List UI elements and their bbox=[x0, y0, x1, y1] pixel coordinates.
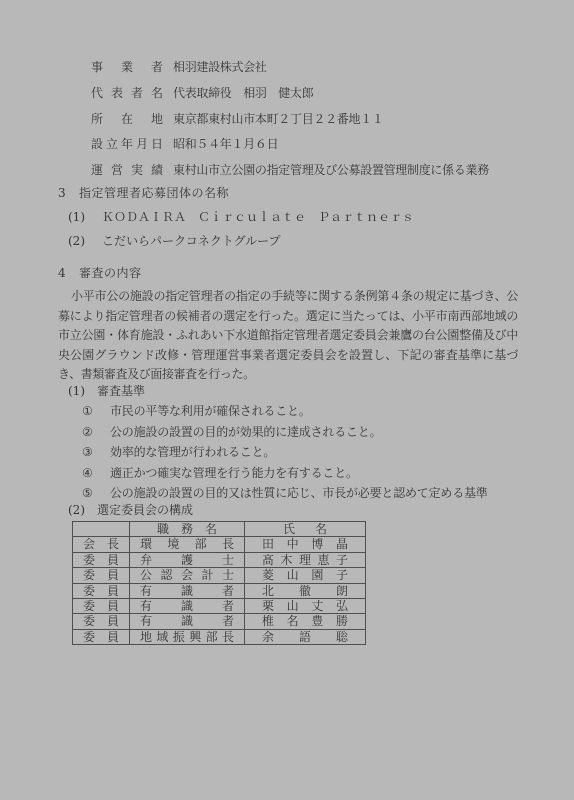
criterion-item: ③効率的な管理が行われること。 bbox=[82, 445, 488, 466]
cell-role: 委員 bbox=[73, 599, 130, 614]
cell-name: 北徹朗 bbox=[245, 583, 366, 598]
table-row: 会長 環境部長 田中博晶 bbox=[73, 537, 366, 552]
criterion-marker: ④ bbox=[82, 466, 110, 480]
section-3-heading: 3指定管理者応募団体の名称 bbox=[58, 186, 229, 200]
detail-label: 設立年月日 bbox=[91, 137, 163, 151]
job-text: 有識者 bbox=[140, 599, 234, 613]
name-text: 余語聡 bbox=[262, 630, 348, 644]
criterion-text: 公の施設の設置の目的又は性質に応じ、市長が必要と認めて定める基準 bbox=[110, 486, 488, 500]
criterion-marker: ① bbox=[82, 404, 110, 418]
cell-name: 田中博晶 bbox=[245, 537, 366, 552]
job-text: 公認会計士 bbox=[140, 568, 234, 582]
role-text: 委員 bbox=[83, 568, 119, 582]
name-text: 北徹朗 bbox=[262, 584, 348, 598]
detail-value: 東村山市立公園の指定管理及び公募設置管理制度に係る業務 bbox=[173, 163, 489, 177]
cell-name: 栗山丈弘 bbox=[245, 599, 366, 614]
detail-row: 代表者名代表取締役 相羽 健太郎 bbox=[91, 86, 489, 112]
committee-heading: (2)選定委員会の構成 bbox=[68, 503, 193, 517]
table-header-row: 職務名 氏名 bbox=[73, 522, 366, 537]
criterion-marker: ⑤ bbox=[82, 486, 110, 500]
item-marker: (2) bbox=[68, 503, 97, 517]
detail-row: 設立年月日昭和５４年１月６日 bbox=[91, 137, 489, 163]
criterion-item: ②公の施設の設置の目的が効果的に達成されること。 bbox=[82, 425, 488, 446]
cell-role: 委員 bbox=[73, 568, 130, 583]
role-text: 会長 bbox=[83, 537, 119, 551]
name-text: 椎名豊勝 bbox=[262, 614, 348, 628]
cell-name: 菱山園子 bbox=[245, 568, 366, 583]
role-text: 委員 bbox=[83, 584, 119, 598]
committee-table: 職務名 氏名 会長 環境部長 田中博晶 委員 弁護士 髙木理恵子 委員 公認会計… bbox=[72, 521, 366, 645]
role-text: 委員 bbox=[83, 599, 119, 613]
header-job-label: 職務名 bbox=[157, 522, 217, 536]
name-text: 栗山丈弘 bbox=[262, 599, 348, 613]
criterion-text: 効率的な管理が行われること。 bbox=[110, 445, 275, 459]
cell-job: 有識者 bbox=[130, 599, 245, 614]
cell-role: 委員 bbox=[73, 614, 130, 629]
business-details: 事業者相羽建設株式会社 代表者名代表取締役 相羽 健太郎 所在地東京都東村山市本… bbox=[91, 60, 489, 189]
role-text: 委員 bbox=[83, 614, 119, 628]
section-title: 指定管理者応募団体の名称 bbox=[79, 186, 229, 200]
role-text: 委員 bbox=[83, 553, 119, 567]
detail-row: 所在地東京都東村山市本町２丁目２２番地１１ bbox=[91, 112, 489, 138]
detail-label: 代表者名 bbox=[91, 86, 163, 100]
detail-label: 事業者 bbox=[91, 60, 163, 74]
item-marker: (1) bbox=[68, 210, 102, 224]
name-text: 菱山園子 bbox=[262, 568, 348, 582]
detail-label: 所在地 bbox=[91, 112, 163, 126]
table-row: 委員 弁護士 髙木理恵子 bbox=[73, 552, 366, 567]
item-text: ＫＯＤＡＩＲＡ Ｃｉｒｃｕｌａｔｅ Ｐａｒｔｎｅｒｓ bbox=[102, 210, 414, 224]
criterion-marker: ② bbox=[82, 425, 110, 439]
job-text: 有識者 bbox=[140, 584, 234, 598]
header-cell-role bbox=[73, 522, 130, 537]
detail-value: 代表取締役 相羽 健太郎 bbox=[173, 86, 313, 100]
name-text: 田中博晶 bbox=[262, 537, 348, 551]
detail-label: 運営実績 bbox=[91, 163, 163, 177]
item-text: 選定委員会の構成 bbox=[97, 503, 193, 517]
criterion-text: 公の施設の設置の目的が効果的に達成されること。 bbox=[110, 425, 381, 439]
criteria-heading: (1)審査基準 bbox=[68, 384, 145, 398]
header-cell-job: 職務名 bbox=[130, 522, 245, 537]
cell-name: 椎名豊勝 bbox=[245, 614, 366, 629]
table-row: 委員 地域振興部長 余語聡 bbox=[73, 629, 366, 644]
section-4-heading: 4審査の内容 bbox=[58, 266, 142, 280]
item-marker: (1) bbox=[68, 384, 97, 398]
table-row: 委員 有識者 北徹朗 bbox=[73, 583, 366, 598]
table-row: 委員 公認会計士 菱山園子 bbox=[73, 568, 366, 583]
criterion-text: 適正かつ確実な管理を行う能力を有すること。 bbox=[110, 466, 358, 480]
table-row: 委員 有識者 栗山丈弘 bbox=[73, 599, 366, 614]
detail-value: 相羽建設株式会社 bbox=[173, 60, 267, 74]
cell-job: 公認会計士 bbox=[130, 568, 245, 583]
criterion-item: ①市民の平等な利用が確保されること。 bbox=[82, 404, 488, 425]
header-name-label: 氏名 bbox=[283, 522, 327, 536]
table-row: 委員 有識者 椎名豊勝 bbox=[73, 614, 366, 629]
item-text: こだいらパークコネクトグループ bbox=[102, 234, 281, 248]
item-marker: (2) bbox=[68, 234, 102, 248]
header-cell-name: 氏名 bbox=[245, 522, 366, 537]
job-text: 有識者 bbox=[140, 614, 234, 628]
cell-role: 委員 bbox=[73, 583, 130, 598]
job-text: 地域振興部長 bbox=[140, 630, 234, 644]
document-page: 事業者相羽建設株式会社 代表者名代表取締役 相羽 健太郎 所在地東京都東村山市本… bbox=[0, 0, 574, 800]
cell-job: 環境部長 bbox=[130, 537, 245, 552]
screening-paragraph: 小平市公の施設の指定管理者の指定の手続等に関する条例第４条の規定に基づき、公募に… bbox=[58, 287, 518, 385]
detail-value: 東京都東村山市本町２丁目２２番地１１ bbox=[173, 112, 384, 126]
criteria-list: ①市民の平等な利用が確保されること。 ②公の施設の設置の目的が効果的に達成される… bbox=[82, 404, 488, 507]
item-text: 審査基準 bbox=[97, 384, 145, 398]
cell-job: 有識者 bbox=[130, 614, 245, 629]
section-title: 審査の内容 bbox=[79, 266, 142, 280]
criterion-text: 市民の平等な利用が確保されること。 bbox=[110, 404, 311, 418]
job-text: 弁護士 bbox=[140, 553, 234, 567]
detail-value: 昭和５４年１月６日 bbox=[173, 137, 278, 151]
applicant-item: (1)ＫＯＤＡＩＲＡ Ｃｉｒｃｕｌａｔｅ Ｐａｒｔｎｅｒｓ bbox=[68, 210, 414, 224]
cell-job: 弁護士 bbox=[130, 552, 245, 567]
cell-role: 委員 bbox=[73, 552, 130, 567]
cell-role: 会長 bbox=[73, 537, 130, 552]
section-number: 4 bbox=[58, 266, 67, 280]
criterion-item: ④適正かつ確実な管理を行う能力を有すること。 bbox=[82, 466, 488, 487]
cell-role: 委員 bbox=[73, 629, 130, 644]
cell-job: 有識者 bbox=[130, 583, 245, 598]
job-text: 環境部長 bbox=[140, 537, 234, 551]
name-text: 髙木理恵子 bbox=[262, 553, 348, 567]
detail-row: 事業者相羽建設株式会社 bbox=[91, 60, 489, 86]
cell-name: 余語聡 bbox=[245, 629, 366, 644]
applicant-item: (2)こだいらパークコネクトグループ bbox=[68, 234, 281, 248]
cell-job: 地域振興部長 bbox=[130, 629, 245, 644]
criterion-marker: ③ bbox=[82, 445, 110, 459]
cell-name: 髙木理恵子 bbox=[245, 552, 366, 567]
section-number: 3 bbox=[58, 186, 67, 200]
role-text: 委員 bbox=[83, 630, 119, 644]
